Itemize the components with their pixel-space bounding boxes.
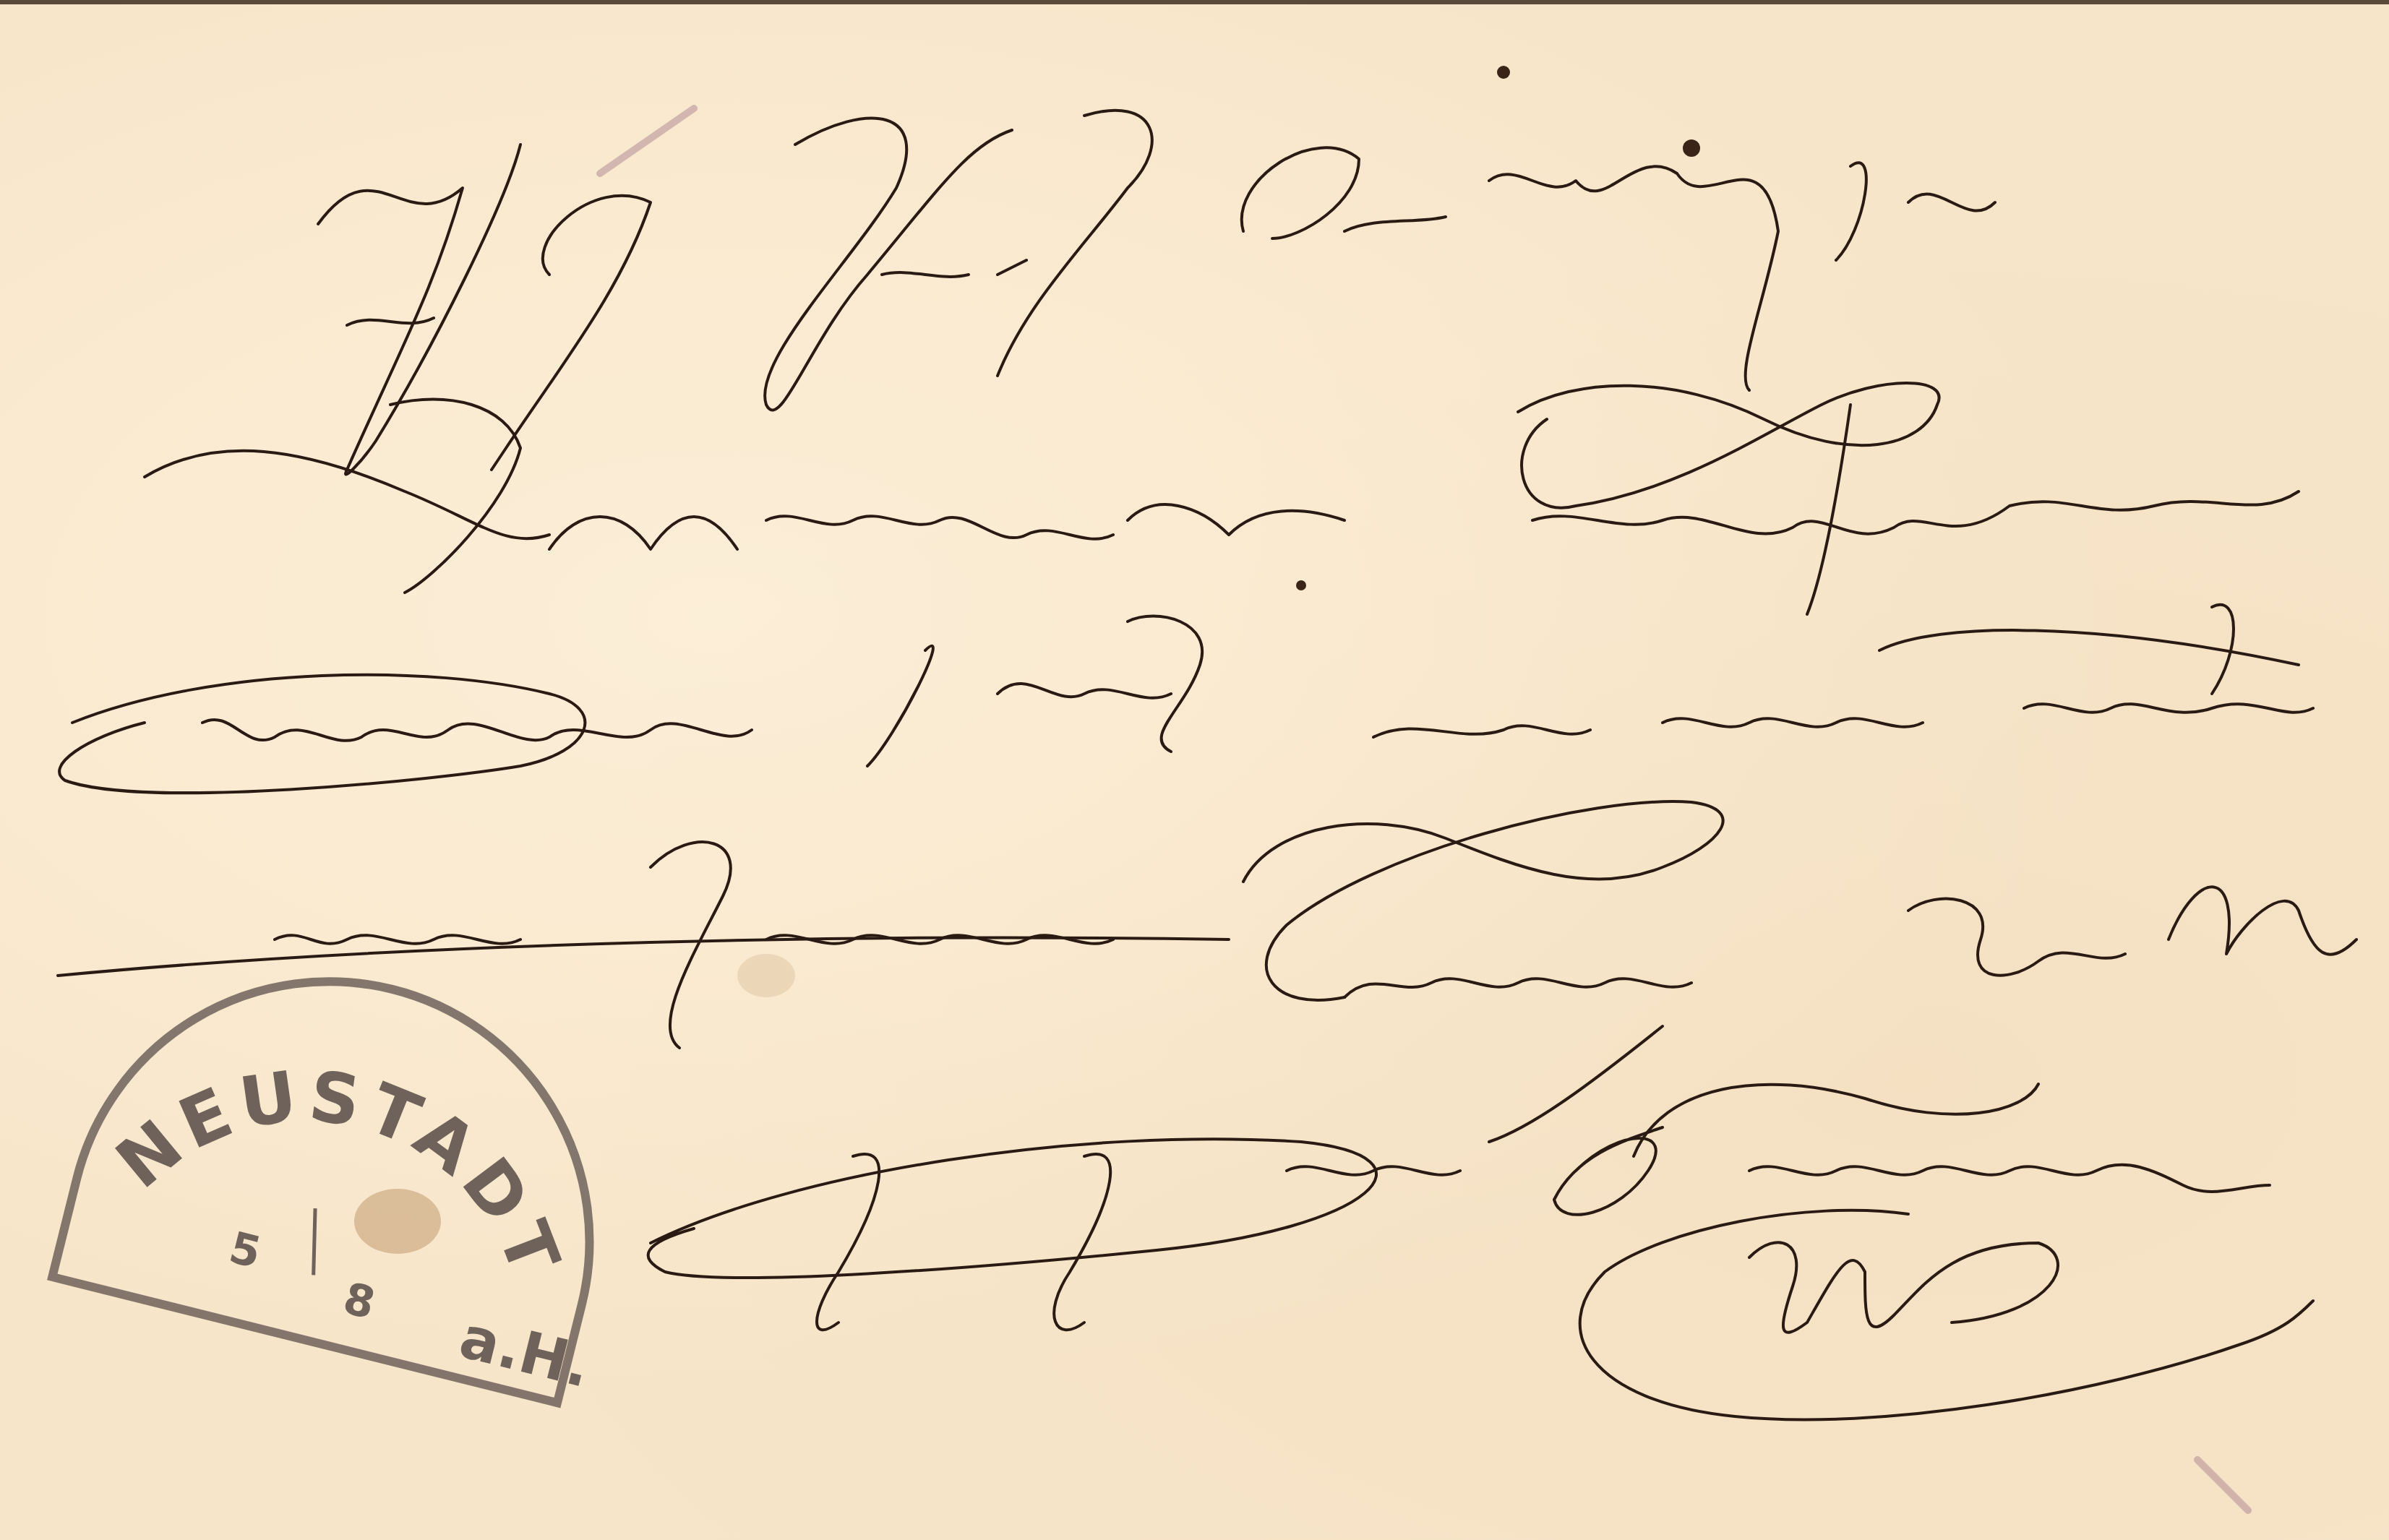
postmark-town-text: NEUSTADT — [90, 1004, 612, 1307]
postcard: NEUSTADT a.H. 5 8 — [0, 0, 2389, 1540]
postmark-date-separator — [299, 1208, 329, 1275]
postmark-day: 5 — [224, 1222, 265, 1278]
postmark-month: 8 — [338, 1273, 379, 1330]
postmark: NEUSTADT a.H. 5 8 — [0, 0, 2389, 1540]
